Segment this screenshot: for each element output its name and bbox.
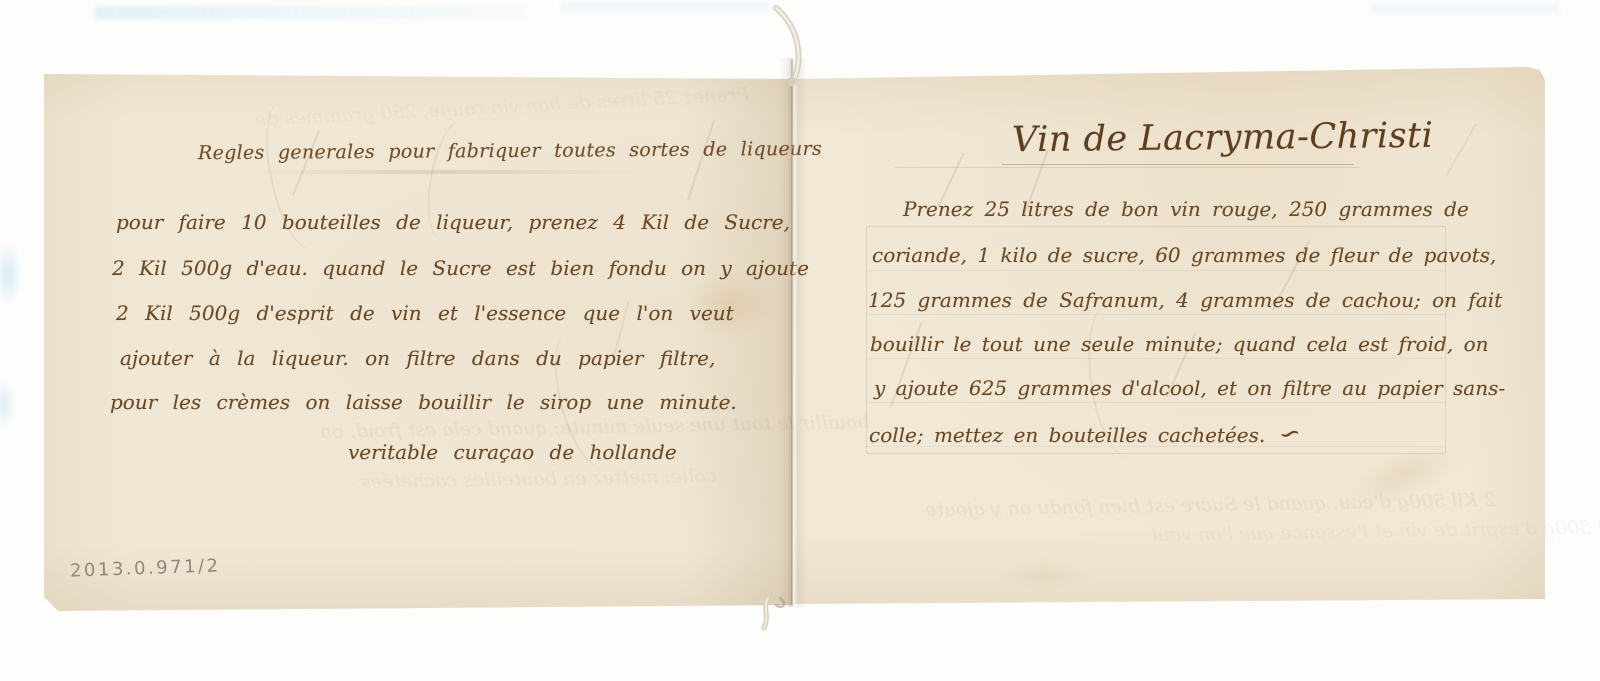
binding-thread-bottom (748, 596, 804, 632)
title-underline-faint (895, 167, 1360, 168)
binding-crease (791, 60, 793, 605)
scan-artifact (0, 242, 22, 308)
handwritten-line-text: colle; mettez en bouteilles cachetées. (869, 423, 1265, 447)
title-underline (1002, 164, 1354, 165)
handwritten-line: bouillir le tout une seule minute; quand… (870, 332, 1489, 356)
handwritten-line: y ajoute 625 grammes d'alcool, et on fil… (874, 376, 1505, 400)
right-page-title: Vin de Lacryma-Christi (1012, 116, 1434, 160)
binding-thread-top (756, 0, 826, 86)
pencil-guide-line (235, 170, 655, 174)
handwritten-line: Prenez 25 litres de bon vin rouge, 250 g… (903, 197, 1469, 221)
binding-fold (779, 58, 807, 607)
handwritten-line: ajouter à la liqueur. on filtre dans du … (120, 346, 715, 370)
handwritten-line: 2 Kil 500g d'eau. quand le Sucre est bie… (112, 256, 809, 280)
handwritten-line: pour les crèmes on laisse bouillir le si… (110, 390, 737, 414)
handwritten-line: pour faire 10 bouteilles de liqueur, pre… (116, 210, 790, 234)
signature-line: veritable curaçao de hollande (348, 440, 677, 464)
handwritten-line: coriande, 1 kilo de sucre, 60 grammes de… (872, 243, 1496, 267)
handwritten-line: colle; mettez en bouteilles cachetées.∽ (869, 419, 1301, 449)
handwritten-line: 2 Kil 500g d'esprit de vin et l'essence … (116, 301, 734, 325)
manuscript-scan: bouillir le tout une seule minute; quand… (0, 0, 1600, 681)
left-page-title: Regles generales pour fabriquer toutes s… (198, 138, 822, 164)
end-flourish-mark: ∽ (1276, 417, 1305, 452)
scan-artifact (560, 3, 770, 11)
handwritten-line: 125 grammes de Safranum, 4 grammes de ca… (868, 288, 1502, 312)
scan-artifact (0, 378, 16, 430)
scan-artifact (1370, 4, 1560, 13)
scan-artifact (95, 6, 525, 19)
